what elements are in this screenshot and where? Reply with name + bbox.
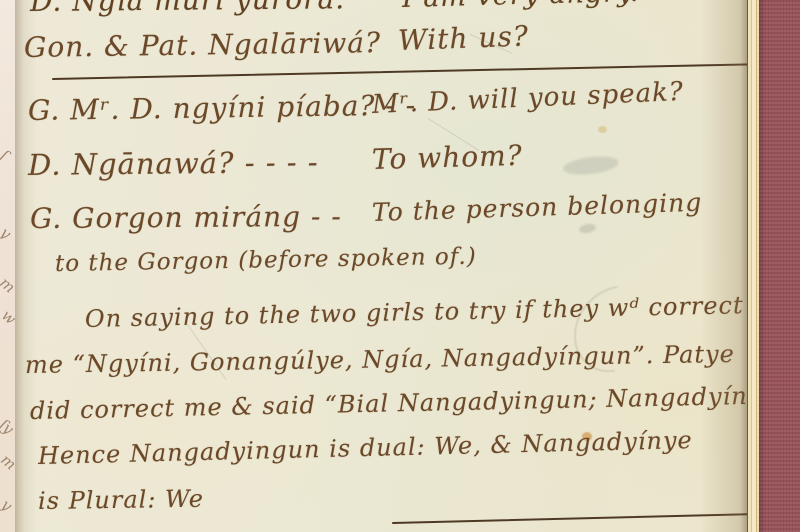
vocab-2-native: Gon. & Pat. Ngalāriwá? [24,29,381,62]
vocab-4-english: To whom? [372,142,523,174]
note-line-3: did correct me & said “Bial Nangadyingun… [30,383,791,423]
pencil-smudge [562,154,620,178]
note-line-2: me “Ngyíni, Gonangúlye, Ngía, Nangadyíng… [25,342,735,377]
vocab-5-continuation: to the Gorgon (before spoken of.) [55,246,477,276]
vocab-3-native: G. Mʳ. D. ngyíni píaba? - - [28,92,417,125]
vocab-4-native: D. Ngānawá? - - - - [28,148,319,180]
vocab-2-english: With us? [398,22,530,55]
manuscript-photo: ʃ y m w ʃy m y D. Ngía múri yuróra. I am… [0,0,800,532]
paper-stain [598,126,607,133]
pencil-smudge [578,222,596,234]
vocab-3-english: Mʳ. D. will you speak? [371,79,684,118]
note-line-5: is Plural: We [38,487,204,513]
vocab-5-native: G. Gorgon miráng - - [30,203,342,233]
gutter-shadow [15,0,37,532]
pencil-smudge-arc [557,269,676,390]
vocab-1-english: I am very angry. [402,0,640,12]
page-curl-shadow [700,0,747,532]
vocab-5-english: To the person belonging [372,190,703,225]
note-line-4: Hence Nangadyingun is dual: We, & Nangad… [38,428,693,468]
vocab-1-native: D. Ngía múri yuróra. [30,0,345,16]
book-cover-edge [759,0,800,532]
